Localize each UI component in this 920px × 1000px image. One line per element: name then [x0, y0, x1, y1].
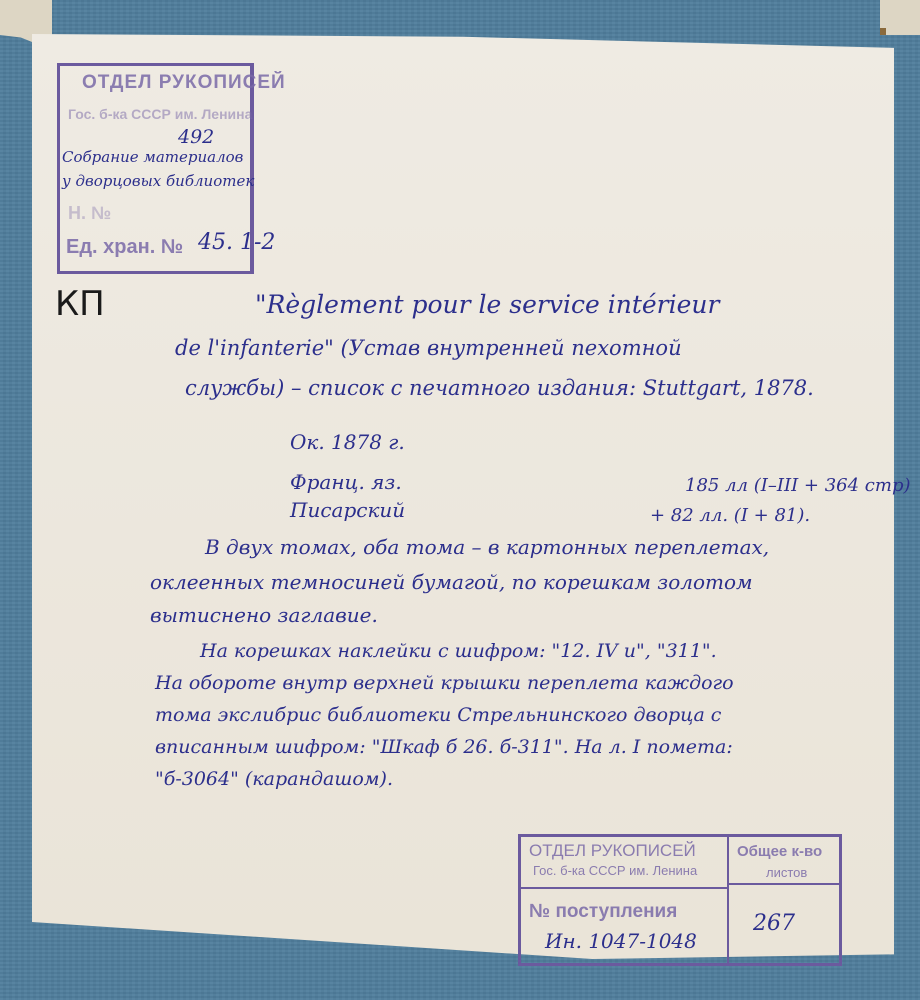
title-line3: службы) – список с печатного издания: St…: [185, 376, 814, 400]
number-label: Н. №: [68, 203, 111, 224]
para2-line5: "б-3064" (карандашом).: [155, 768, 393, 790]
para2-line4: вписанным шифром: "Шкаф б 26. б-311". На…: [155, 736, 733, 758]
stamp-bottom-subtitle: Гос. б-ка СССР им. Ленина: [533, 863, 697, 878]
collection-line2: у дворцовых библиотек: [62, 172, 254, 190]
para1-line3: вытиснено заглавие.: [150, 603, 378, 627]
acquisition-label: № поступления: [529, 901, 677, 923]
collection-line1: Собрание материалов: [62, 148, 243, 166]
storage-label: Ед. хран. №: [66, 236, 183, 259]
stamp-bottom-title: ОТДЕЛ РУКОПИСЕЙ: [529, 841, 696, 861]
date: Ок. 1878 г.: [290, 430, 405, 454]
kp-mark: КП: [55, 284, 105, 324]
para2-line1: На корешках наклейки с шифром: "12. IV и…: [200, 640, 717, 662]
stamp-divider-right: [729, 883, 839, 885]
acquisition-value: Ин. 1047-1048: [545, 929, 697, 953]
para2-line3: тома экслибрис библиотеки Стрельнинского…: [155, 704, 721, 726]
archive-stamp-bottom: ОТДЕЛ РУКОПИСЕЙ Гос. б-ка СССР им. Ленин…: [518, 834, 842, 966]
total-value: 267: [753, 911, 795, 936]
sheets-1: 185 лл (I–III + 364 стр): [685, 475, 910, 496]
para1-line1: В двух томах, оба тома – в картонных пер…: [205, 535, 769, 559]
title-line2: de l'infanterie" (Устав внутренней пехот…: [175, 336, 682, 360]
total-label: Общее к-во: [737, 843, 822, 860]
title-line1: "Règlement pour le service intérieur: [255, 290, 719, 319]
stamp-subtitle: Гос. б-ка СССР им. Ленина: [68, 106, 252, 122]
stamp-divider-left: [521, 887, 727, 889]
fond-number: 492: [178, 126, 214, 148]
tape-right: [880, 0, 920, 35]
stamp-title: ОТДЕЛ РУКОПИСЕЙ: [82, 72, 286, 94]
language: Франц. яз.: [290, 470, 402, 494]
leaves-label: листов: [766, 865, 807, 880]
para1-line2: оклеенных темносиней бумагой, по корешка…: [150, 570, 753, 594]
storage-value: 45. 1-2: [198, 230, 275, 255]
material: Писарский: [290, 498, 405, 522]
para2-line2: На обороте внутр верхней крышки переплет…: [155, 672, 734, 694]
sheets-2: + 82 лл. (I + 81).: [650, 505, 810, 526]
stamp-divider-vertical: [727, 837, 729, 963]
